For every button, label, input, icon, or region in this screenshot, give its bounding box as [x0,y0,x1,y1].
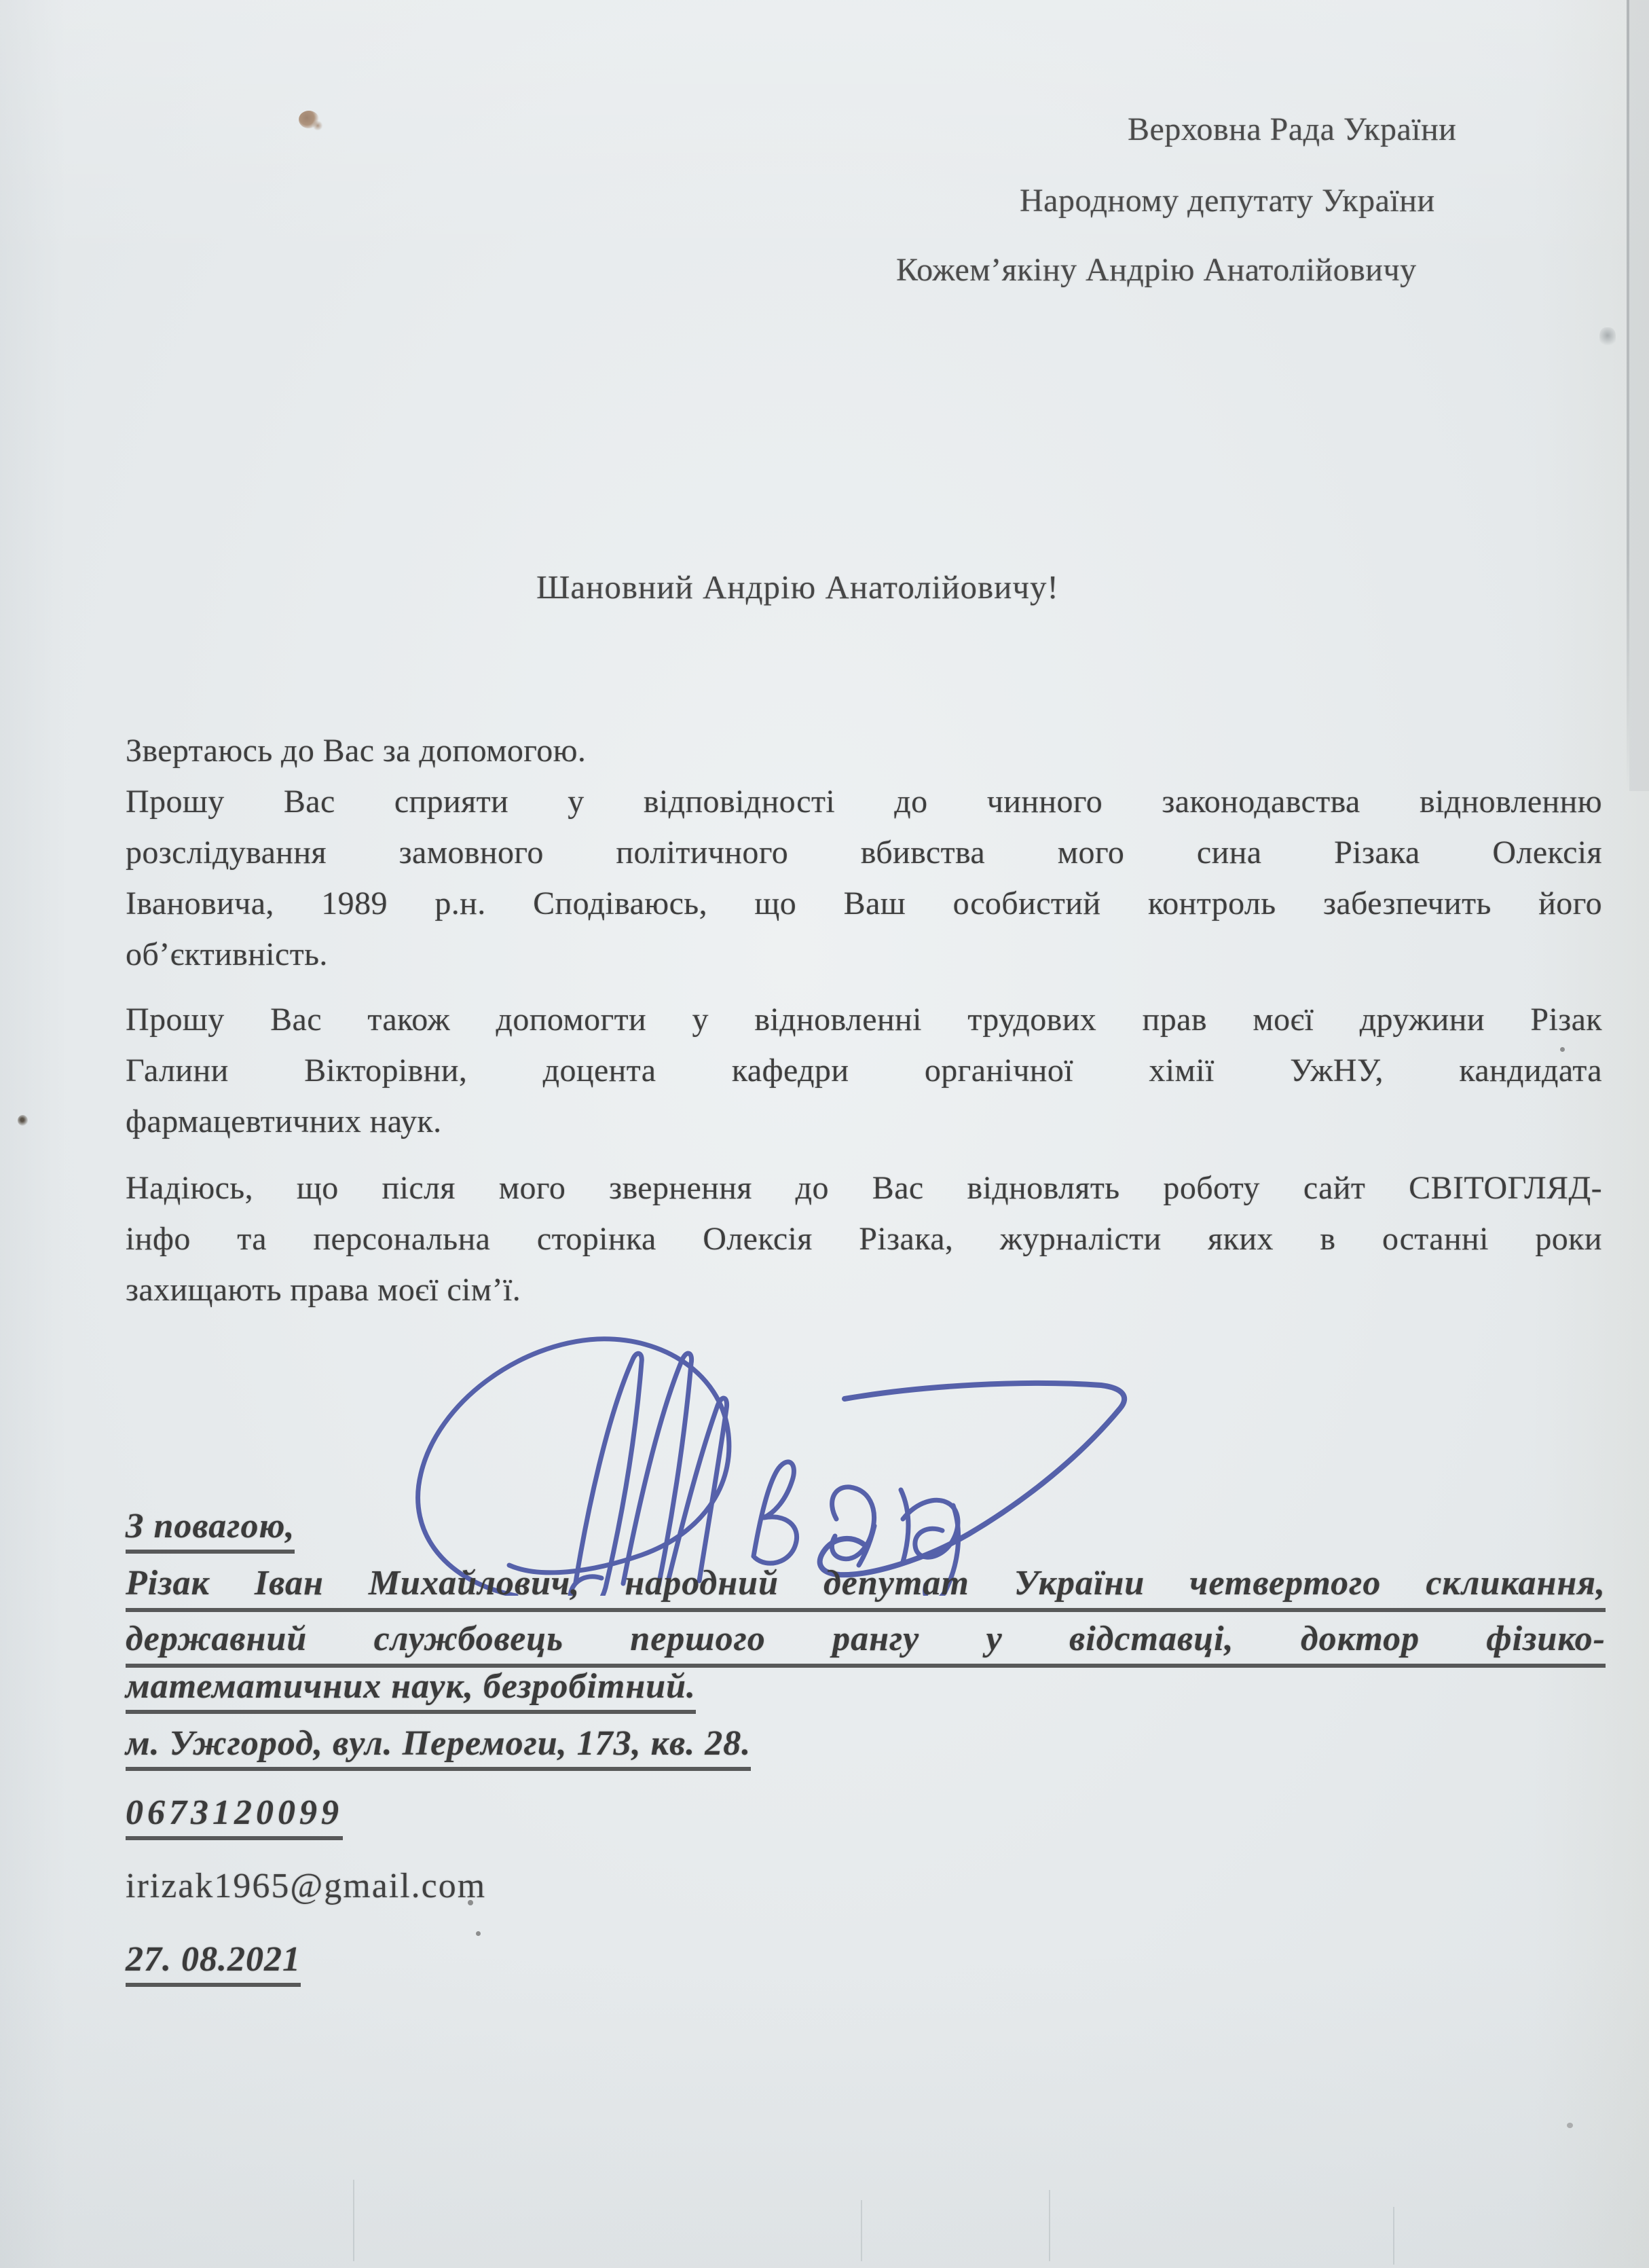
ink-dot [476,1931,481,1936]
recipient-line-3: Кожем’якіну Андрію Анатолійовичу [896,244,1417,295]
scanned-letter-page: Верховна Рада України Народному депутату… [0,0,1649,2268]
body-line: Галини Вікторівни, доцента кафедри орган… [126,1045,1602,1096]
body-line: фармацевтичних наук. [126,1096,1602,1147]
scan-scratch [353,2180,354,2261]
signer-line-3-text: математичних наук, безробітний. [126,1667,696,1714]
scan-background [1629,0,1649,791]
body-line: розслідування замовного політичного вбив… [126,827,1602,878]
paragraph-2: Прошу Вас також допомогти у відновленні … [126,994,1602,1147]
body-line: захищають права моєї сім’ї. [126,1264,1602,1315]
recipient-line-1: Верховна Рада України [1128,104,1456,155]
salutation: Шановний Андрію Анатолійовичу! [536,562,1059,612]
body-line: інфо та персональна сторінка Олексія Різ… [126,1213,1602,1264]
body-line: Прошу Вас також допомогти у відновленні … [126,994,1602,1045]
scan-scratch [861,2200,862,2261]
phone-text: 0673120099 [126,1793,343,1840]
paragraph-3: Надіюсь, що після мого звернення до Вас … [126,1163,1602,1315]
address-text: м. Ужгород, вул. Перемоги, 173, кв. 28. [126,1724,751,1771]
paragraph-1: Звертаюсь до Вас за допомогою. Прошу Вас… [126,725,1602,980]
body-line: об’єктивність. [126,929,1602,980]
address-line: м. Ужгород, вул. Перемоги, 173, кв. 28. [126,1722,751,1766]
ink-dot [1567,2123,1573,2128]
body-line: Надіюсь, що після мого звернення до Вас … [126,1163,1602,1213]
closing-regards-text: З повагою, [126,1507,295,1554]
closing-regards: З повагою, [126,1505,295,1548]
signer-line-1: Різак Іван Михайлович, народний депутат … [126,1562,1606,1612]
handwritten-signature [394,1311,1141,1596]
paper-speck [18,1115,28,1126]
recipient-line-2: Народному депутату України [1020,175,1435,226]
date-line: 27. 08.2021 [126,1938,301,1981]
body-line: Івановича, 1989 р.н. Сподіваюсь, що Ваш … [126,878,1602,929]
phone-line: 0673120099 [126,1791,343,1835]
signer-line-2: державний службовець першого рангу у від… [126,1617,1606,1668]
scan-scratch [1049,2190,1050,2261]
body-line: Прошу Вас сприяти у відповідності до чин… [126,776,1602,827]
body-line: Звертаюсь до Вас за допомогою. [126,725,1602,776]
paper-smudge [1599,327,1616,348]
signer-line-3: математичних наук, безробітний. [126,1665,696,1708]
paper-stain [312,121,323,130]
email-line: irizak1965@gmail.com [126,1865,486,1908]
date-text: 27. 08.2021 [126,1940,301,1987]
scan-scratch [1393,2207,1394,2265]
